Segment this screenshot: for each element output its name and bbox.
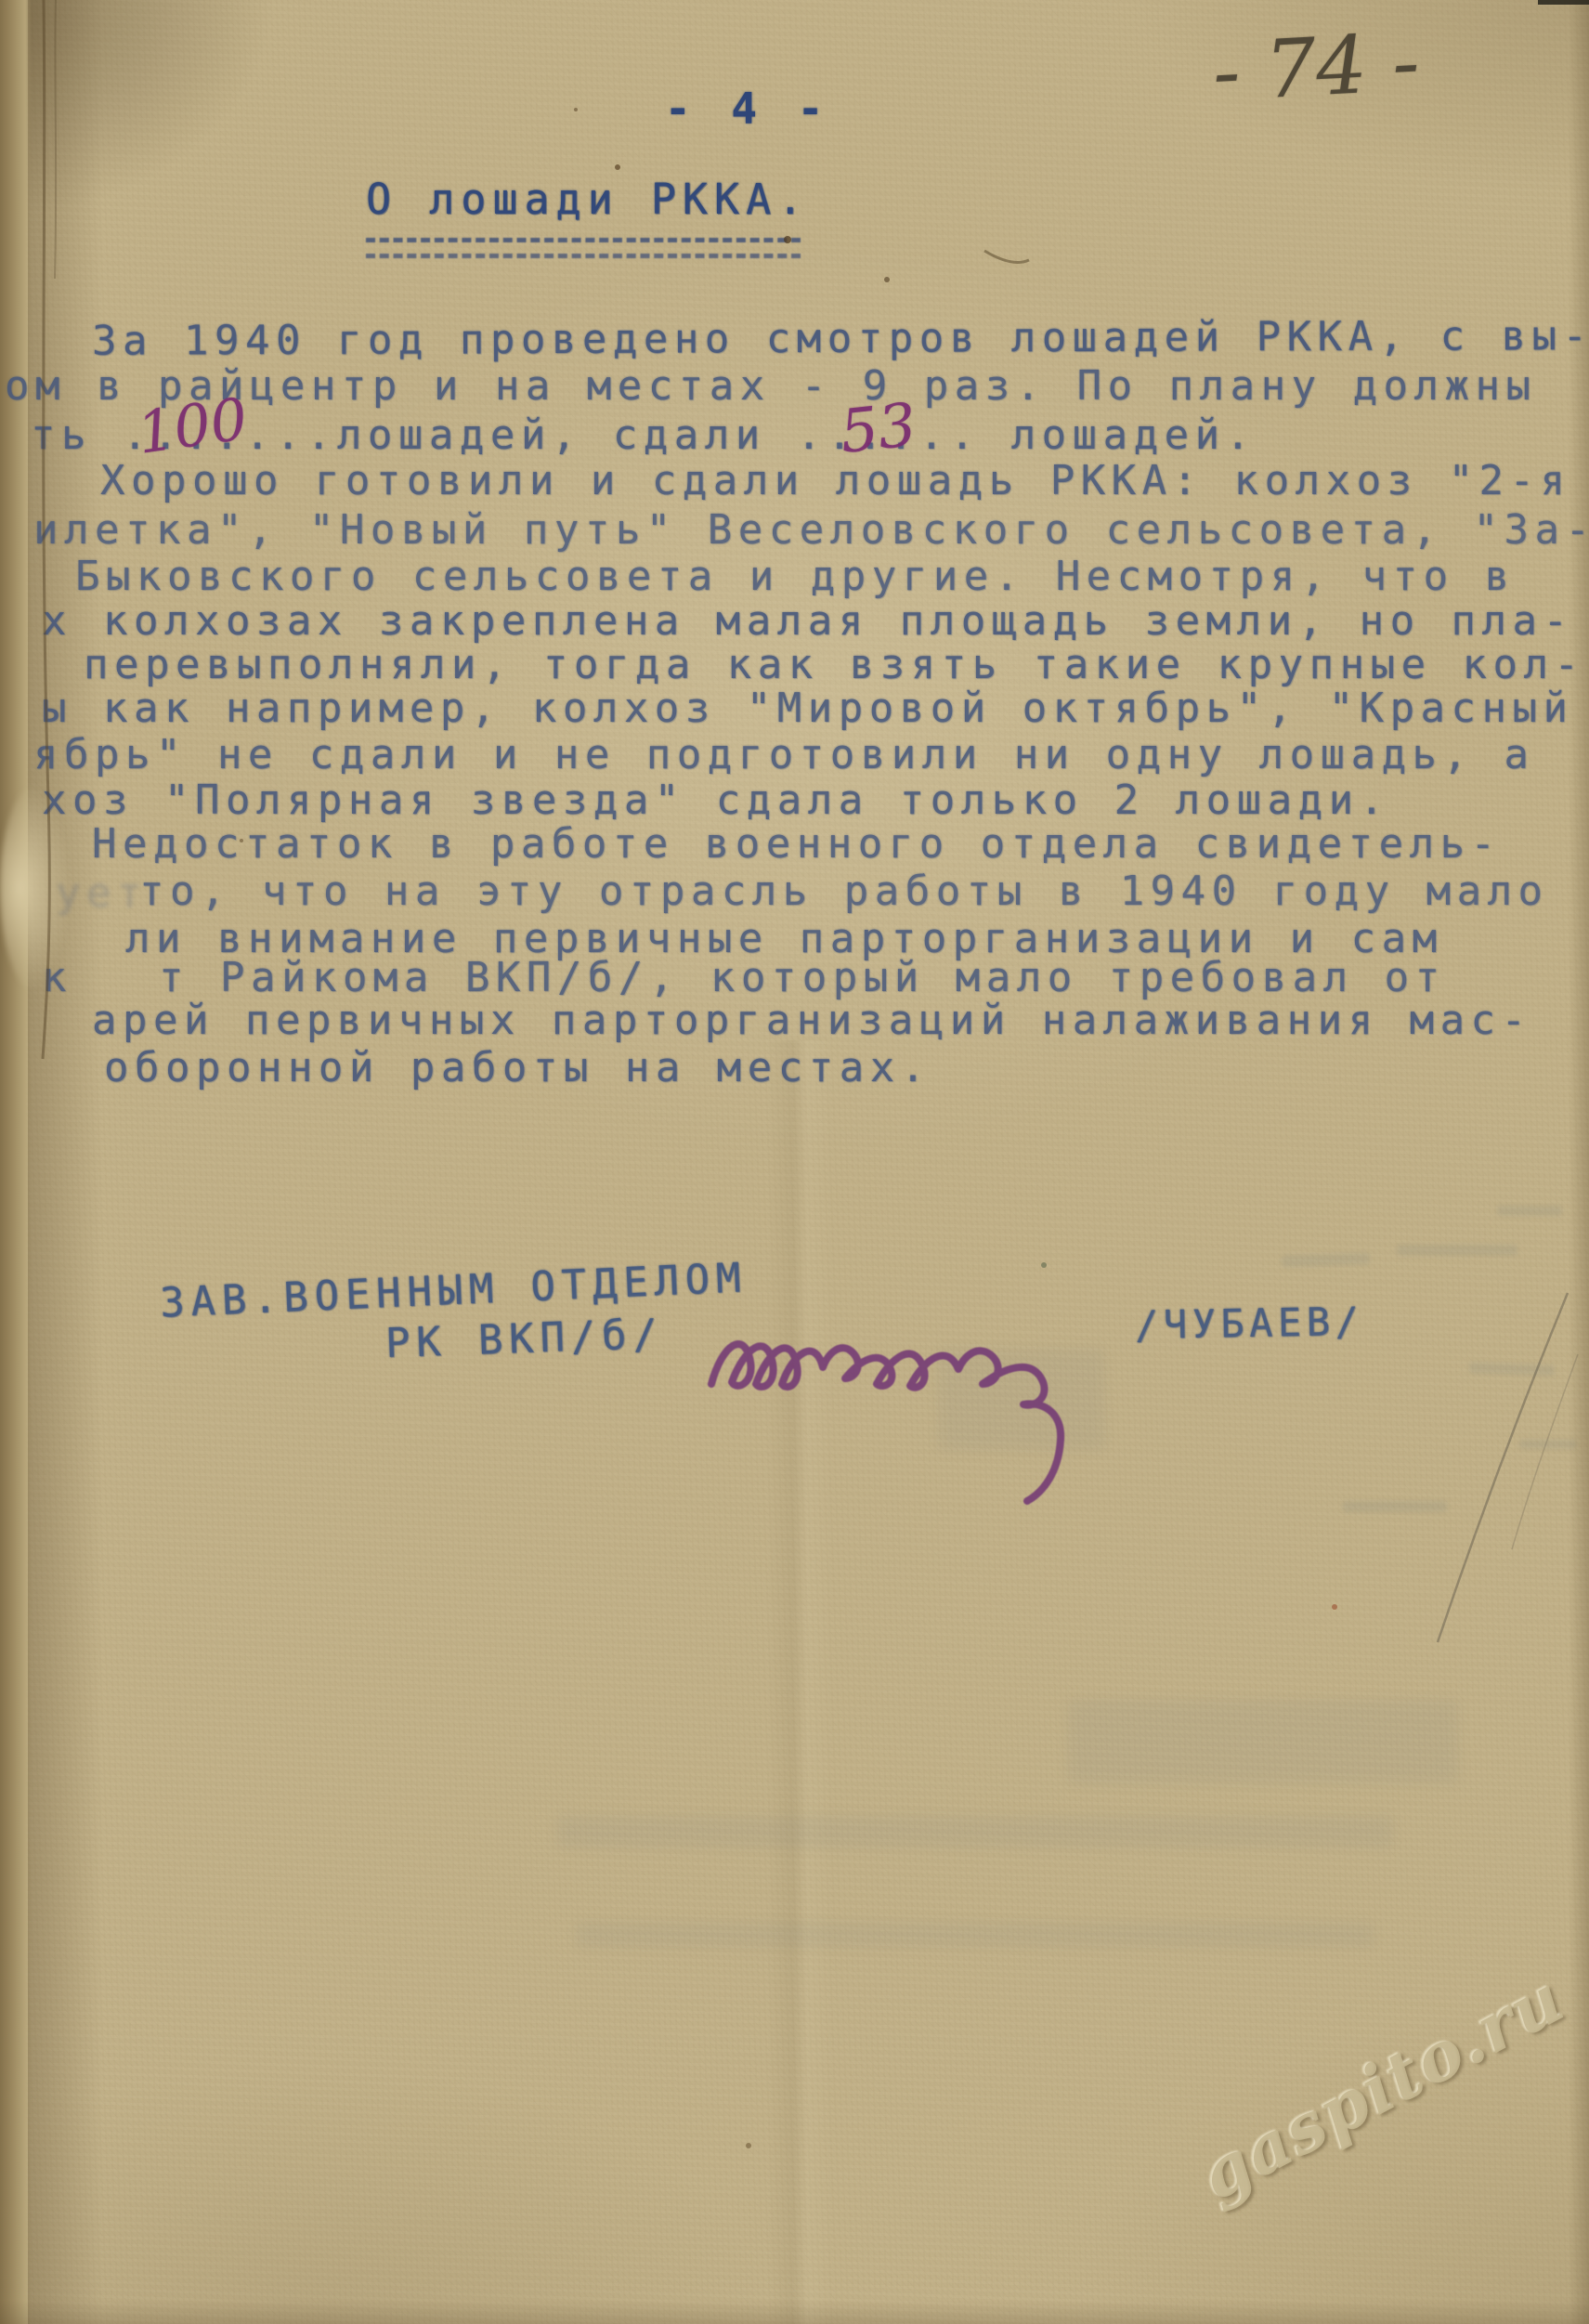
vertical-crease <box>767 1040 832 2324</box>
ghost-ink-block <box>938 1349 1105 1451</box>
stray-cutoff-character: к <box>42 958 72 999</box>
scan-top-sliver <box>1538 0 1589 5</box>
document-title: О лошади РККА. <box>366 178 809 220</box>
watermark: gaspito.ru <box>1187 1953 1584 2215</box>
left-paper-edge <box>0 0 32 2324</box>
body-line: Недостаток в работе военного отдела свид… <box>92 824 1502 865</box>
body-line: ы как например, колхоз "Мировой октябрь"… <box>42 688 1574 729</box>
page-number: - 4 - <box>665 87 830 130</box>
body-line: Быковского сельсовета и другие. Несмотря… <box>75 556 1516 597</box>
folio-number-handwritten: - 74 - <box>1211 22 1421 113</box>
handwritten-plan-count: 100 <box>134 390 251 463</box>
ghost-ink-line <box>576 1923 1374 1947</box>
body-line: то, что на эту отрасль работы в 1940 год… <box>139 871 1549 912</box>
bleed-mark <box>1343 1501 1447 1512</box>
bleed-mark <box>1519 1440 1577 1449</box>
body-line: х колхозах закреплена малая площадь земл… <box>42 601 1574 642</box>
bleed-mark <box>1397 1245 1517 1256</box>
signature-name-typed: /ЧУБАЕВ/ <box>1135 1302 1364 1345</box>
handwritten-delivered-count: 53 <box>838 396 919 463</box>
signature-role-line2: РК ВКП/б/ <box>384 1314 664 1364</box>
body-line: перевыполняли, тогда как взять такие кру… <box>84 645 1585 685</box>
body-line: хоз "Полярная звезда" сдала только 2 лош… <box>42 780 1390 821</box>
bleed-mark <box>1282 1252 1370 1267</box>
ghost-ink-block <box>1068 1700 1458 1783</box>
title-underline <box>366 238 801 258</box>
body-line: ябрь" не сдали и не подготовили ни одну … <box>33 735 1535 776</box>
body-line: илетка", "Новый путь" Веселовского сельс… <box>33 510 1589 551</box>
scanned-document-page: - 4 - - 74 - О лошади РККА. За 1940 год … <box>0 0 1589 2324</box>
bleed-mark <box>1497 1206 1562 1216</box>
faded-text-fragment: ует <box>56 873 148 914</box>
ghost-ink-line <box>557 1816 1393 1847</box>
body-line: оборонной работы на местах. <box>104 1048 931 1089</box>
body-line: т Райкома ВКП/б/, который мало требовал … <box>159 958 1446 999</box>
body-line: Хорошо готовили и сдали лошадь РККА: кол… <box>100 461 1571 502</box>
left-edge-shadow <box>28 0 102 2324</box>
bleed-mark <box>1469 1362 1555 1376</box>
body-line: За 1940 год проведено смотров лошадей РК… <box>92 316 1589 362</box>
body-line: арей первичных парторганизаций налаживан… <box>92 1000 1532 1041</box>
